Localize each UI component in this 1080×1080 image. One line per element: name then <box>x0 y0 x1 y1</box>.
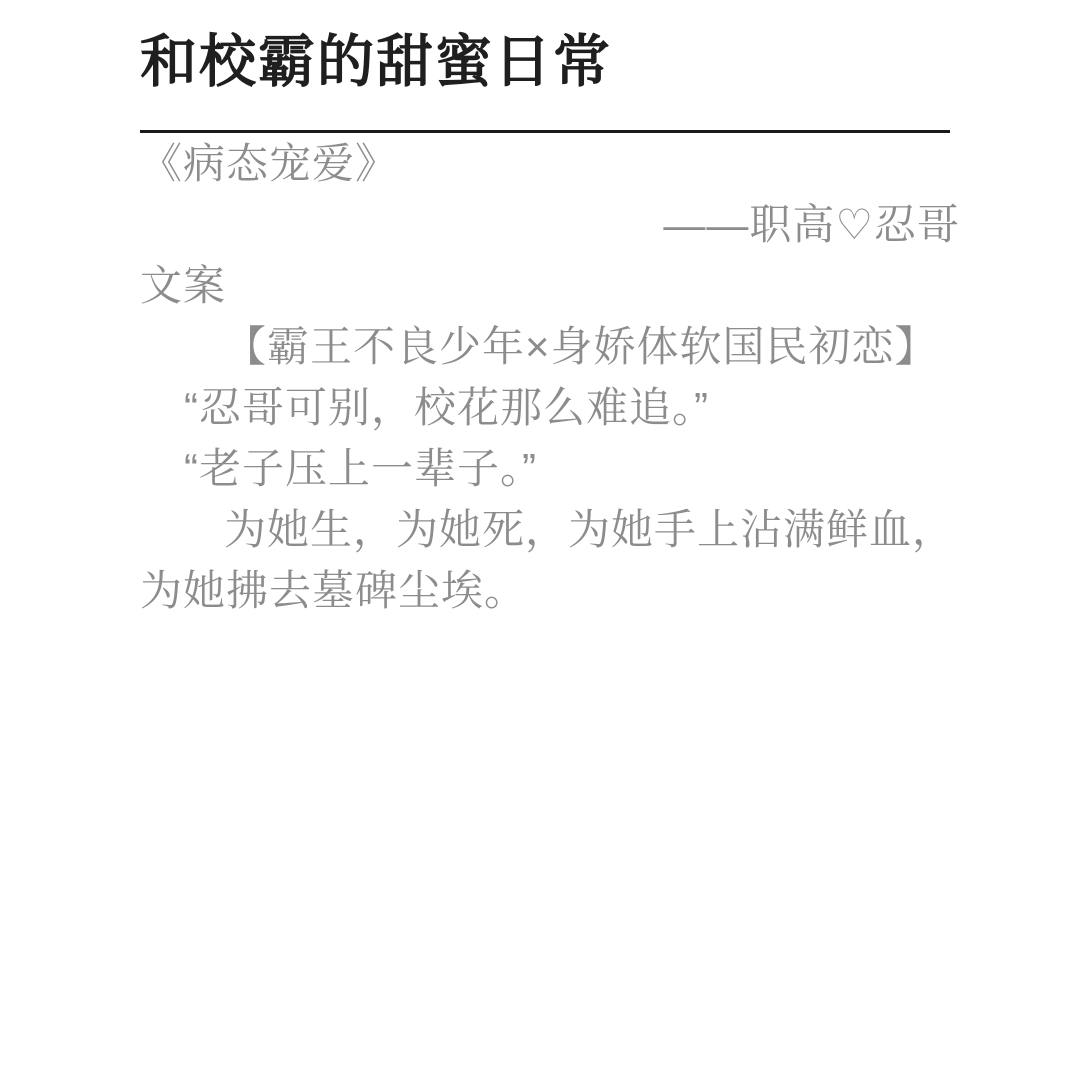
attribution: ——职高♡忍哥 <box>140 194 960 255</box>
synopsis-line-devotion: 为她生，为她死，为她手上沾满鲜血， <box>140 499 960 560</box>
article-header: 和校霸的甜蜜日常 <box>0 0 1080 133</box>
synopsis-line-quote-2: “老子压上一辈子。” <box>140 438 960 499</box>
synopsis-line-devotion-wrap: 为她拂去墓碑尘埃。 <box>140 560 960 621</box>
synopsis-line-pairing: 【霸王不良少年×身娇体软国民初恋】 <box>140 316 960 377</box>
section-label: 文案 <box>140 255 960 316</box>
page-title: 和校霸的甜蜜日常 <box>140 28 950 96</box>
book-title: 《病态宠爱》 <box>140 133 960 194</box>
article-body: 《病态宠爱》 ——职高♡忍哥 文案 【霸王不良少年×身娇体软国民初恋】 “忍哥可… <box>0 133 1080 621</box>
article-page: 和校霸的甜蜜日常 《病态宠爱》 ——职高♡忍哥 文案 【霸王不良少年×身娇体软国… <box>0 0 1080 1080</box>
synopsis-line-quote-1: “忍哥可别，校花那么难追。” <box>140 377 960 438</box>
